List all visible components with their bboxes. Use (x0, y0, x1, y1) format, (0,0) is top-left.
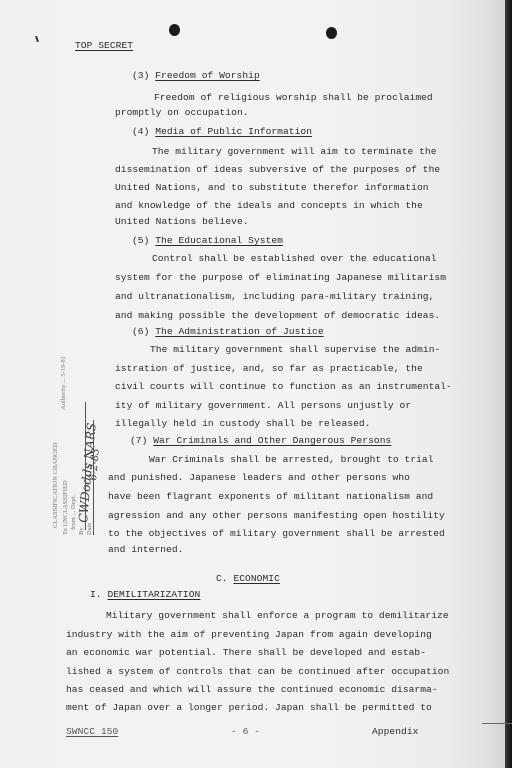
stamp-rule (85, 402, 86, 530)
part-c-label: C. (216, 573, 228, 584)
section-5-title: The Educational System (155, 235, 283, 246)
paragraph-line: and ultranationalism, including para-mil… (115, 291, 434, 303)
section-6-title: The Administration of Justice (155, 326, 323, 337)
subsection-1-title: DEMILITARIZATION (107, 589, 200, 600)
section-4-heading: (4) Media of Public Information (132, 126, 312, 138)
section-6-heading: (6) The Administration of Justice (132, 326, 324, 338)
paragraph-line: Control shall be established over the ed… (152, 253, 437, 265)
paragraph-line: industry with the aim of preventing Japa… (66, 629, 432, 641)
footer-page-number: - 6 - (231, 726, 260, 738)
stamp-to-line: To UNCLASSIFIED (62, 480, 69, 535)
classification-header: TOP SECRET (75, 40, 133, 52)
paragraph-line: The military government will aim to term… (152, 146, 437, 158)
stray-mark (35, 36, 39, 42)
edge-tick-line (482, 723, 512, 724)
punch-hole-left (169, 24, 180, 36)
stamp-authority: Authority ... 5-19-81 (60, 356, 67, 410)
paragraph-line: civil courts will continue to function a… (115, 381, 452, 393)
section-4-title: Media of Public Information (155, 126, 312, 137)
paragraph-line: an economic war potential. There shall b… (66, 647, 426, 659)
paragraph-line: dissemination of ideas subversive of the… (115, 164, 440, 176)
stamp-title: CLASSIFICATION CHANGED (52, 443, 59, 528)
stamp-rule (93, 420, 94, 535)
section-7-title: War Criminals and Other Dangerous Person… (153, 435, 391, 446)
paragraph-line: ment of Japan over a longer period. Japa… (66, 702, 432, 714)
paragraph-line: illegally held in custody shall be relea… (115, 418, 371, 430)
paragraph-line: ity of military government. All persons … (115, 400, 411, 412)
footer-doc-id: SWNCC 150 (66, 726, 118, 738)
declassification-stamp: CLASSIFICATION CHANGED To UNCLASSIFIED f… (40, 380, 110, 535)
paragraph-line: lished a system of controls that can be … (66, 666, 449, 678)
paragraph-line: United Nations believe. (115, 216, 249, 228)
paragraph-line: and punished. Japanese leaders and other… (108, 472, 410, 484)
section-7-heading: (7) War Criminals and Other Dangerous Pe… (130, 435, 391, 447)
footer-appendix-label: Appendix (372, 726, 418, 738)
paragraph-line: agression and any other persons manifest… (108, 510, 445, 522)
document-page: TOP SECRET (3) Freedom of Worship Freedo… (0, 0, 505, 768)
part-c-title: ECONOMIC (233, 573, 279, 584)
paragraph-line: has ceased and which will assure the con… (66, 684, 438, 696)
section-5-heading: (5) The Educational System (132, 235, 283, 247)
stamp-date-value: 6-2-83 (88, 448, 102, 481)
subsection-1-heading: I. DEMILITARIZATION (90, 589, 200, 601)
paragraph-line: system for the purpose of eliminating Ja… (115, 272, 446, 284)
section-3-heading: (3) Freedom of Worship (132, 70, 260, 82)
section-3-number: (3) (132, 70, 149, 81)
paragraph-line: have been flagrant exponents of militant… (108, 491, 433, 503)
subsection-1-label: I. (90, 589, 102, 600)
paragraph-line: and interned. (108, 544, 184, 556)
paragraph-line: Military government shall enforce a prog… (106, 610, 449, 622)
section-4-number: (4) (132, 126, 149, 137)
paragraph-line: and making possible the development of d… (115, 310, 440, 322)
stamp-date-line: Date (86, 523, 93, 535)
paragraph-line: The military government shall supervise … (150, 344, 440, 356)
section-7-number: (7) (130, 435, 147, 446)
section-3-title: Freedom of Worship (155, 70, 260, 81)
punch-hole-right (326, 27, 337, 39)
section-5-number: (5) (132, 235, 149, 246)
paragraph-line: War Criminals shall be arrested, brought… (149, 454, 434, 466)
stamp-by-line: By (78, 527, 85, 535)
paragraph-line: promptly on occupation. (115, 107, 249, 119)
part-c-heading: C. ECONOMIC (216, 573, 280, 585)
paragraph-line: istration of justice, and, so far as pra… (115, 363, 423, 375)
paragraph-line: to the objectives of military government… (108, 528, 445, 540)
section-6-number: (6) (132, 326, 149, 337)
scan-edge (505, 0, 512, 768)
paragraph-line: United Nations, and to substitute theref… (115, 182, 429, 194)
paragraph-line: Freedom of religious worship shall be pr… (154, 92, 433, 104)
paragraph-line: and knowledge of the ideals and concepts… (115, 200, 423, 212)
